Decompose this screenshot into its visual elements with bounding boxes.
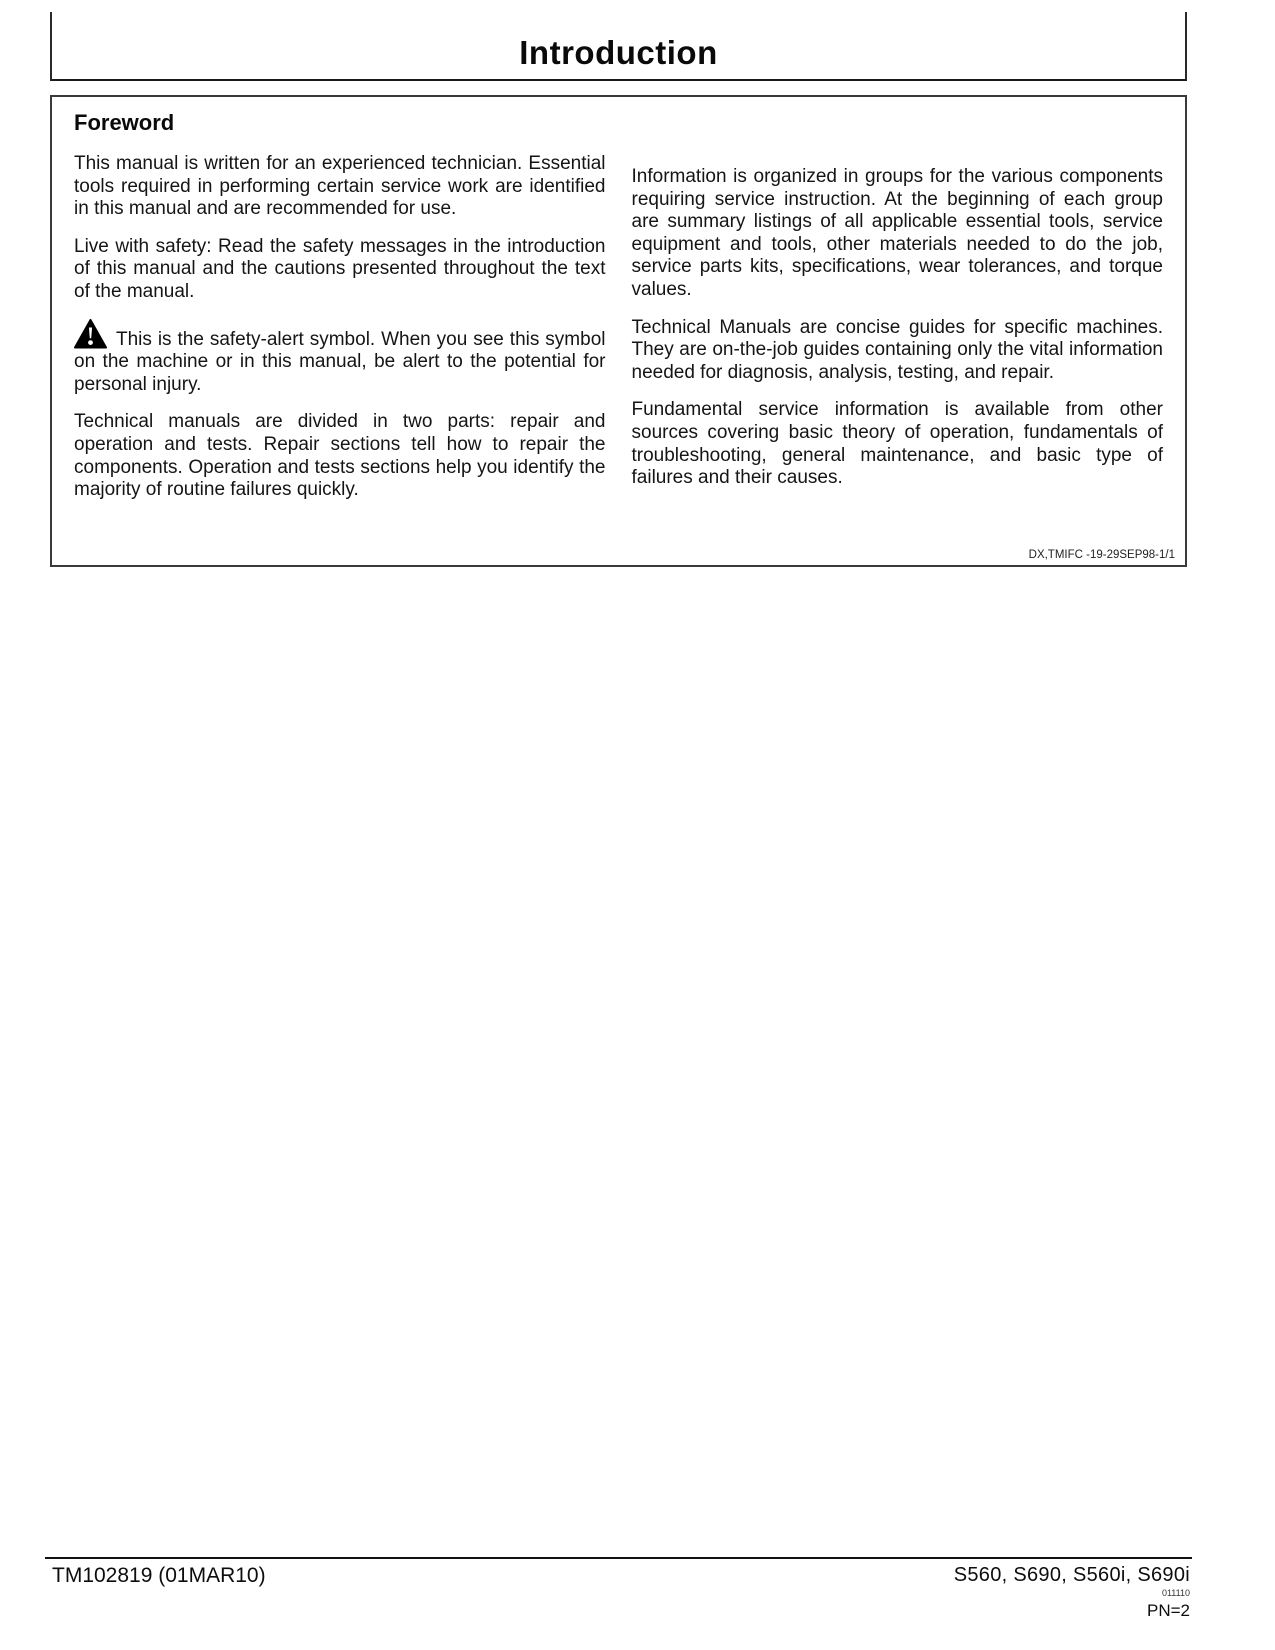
paragraph: Information is organized in groups for t… xyxy=(632,166,1164,302)
footer-document-id: TM102819 (01MAR10) xyxy=(52,1564,266,1588)
paragraph: Technical Manuals are concise guides for… xyxy=(632,317,1164,385)
footer-divider xyxy=(45,1557,1192,1559)
footer-right-block: S560, S690, S560i, S690i 011110 PN=2 xyxy=(954,1564,1190,1621)
manual-page: { "header": { "title": "Introduction" },… xyxy=(0,0,1275,1650)
foreword-section: Foreword This manual is written for an e… xyxy=(50,95,1187,567)
right-column: Information is organized in groups for t… xyxy=(632,153,1164,517)
two-column-layout: This manual is written for an experience… xyxy=(74,153,1163,517)
safety-alert-icon xyxy=(74,319,107,349)
reference-code: DX,TMIFC -19-29SEP98-1/1 xyxy=(1029,549,1175,561)
left-column: This manual is written for an experience… xyxy=(74,153,606,517)
paragraph: Technical manuals are divided in two par… xyxy=(74,411,606,501)
paragraph: Live with safety: Read the safety messag… xyxy=(74,236,606,304)
paragraph: This manual is written for an experience… xyxy=(74,153,606,221)
footer-page-number: PN=2 xyxy=(954,1601,1190,1621)
footer-models: S560, S690, S560i, S690i xyxy=(954,1564,1190,1587)
title-block: Introduction xyxy=(50,12,1187,81)
paragraph-safety-alert: This is the safety-alert symbol. When yo… xyxy=(74,319,606,397)
footer-print-code: 011110 xyxy=(954,1588,1190,1598)
paragraph: Fundamental service information is avail… xyxy=(632,399,1164,489)
section-heading: Foreword xyxy=(74,110,1163,136)
paragraph-text: This is the safety-alert symbol. When yo… xyxy=(74,329,606,395)
page-title: Introduction xyxy=(519,34,717,72)
